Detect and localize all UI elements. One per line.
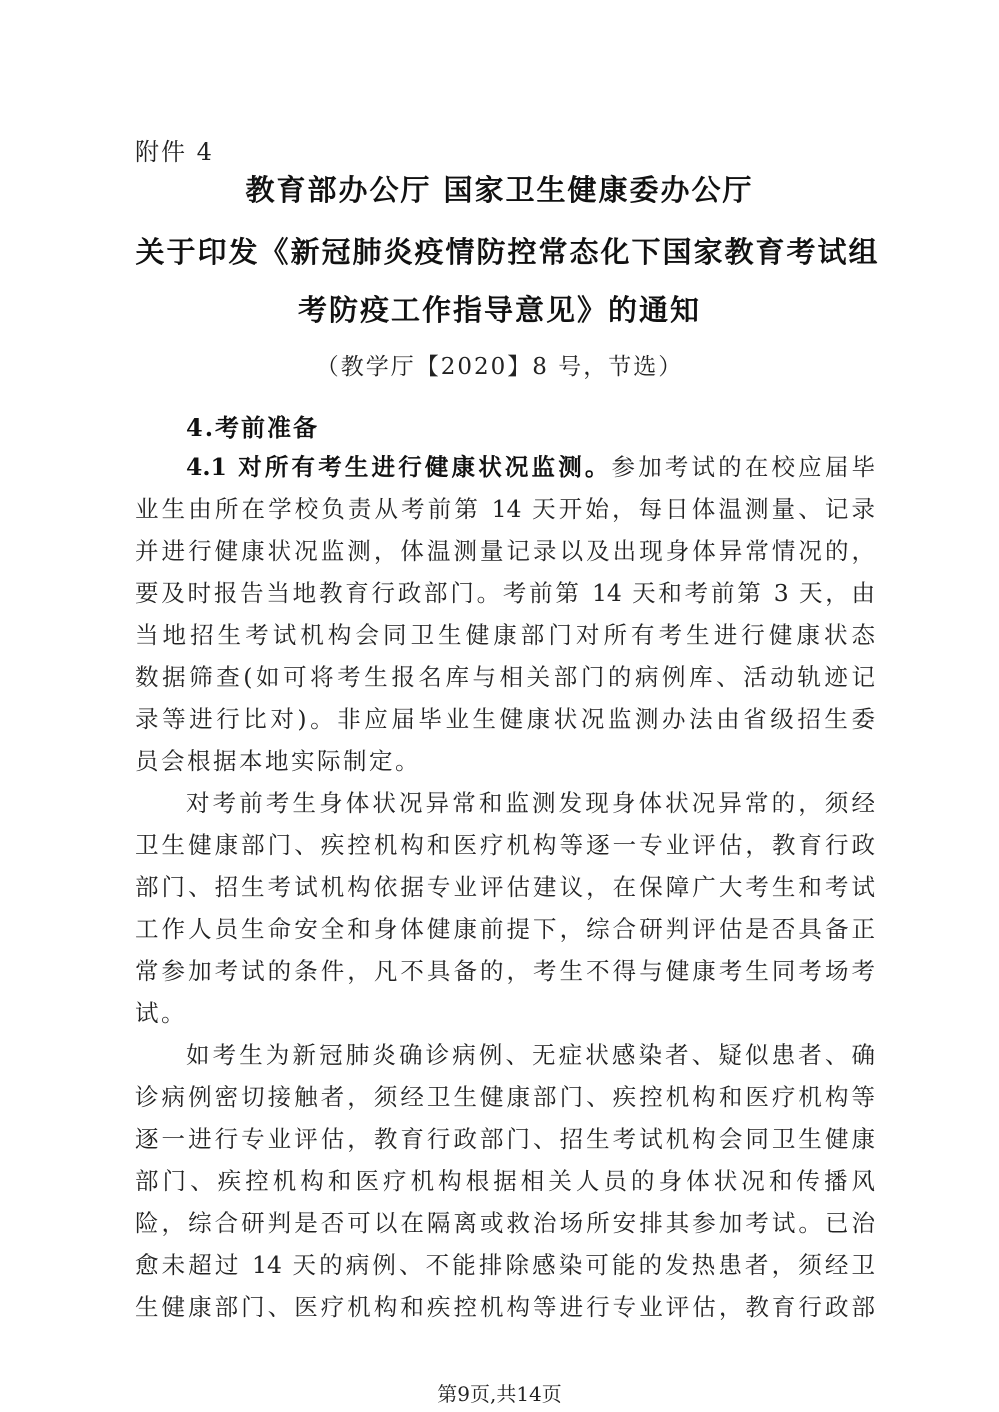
paragraph-3-line-2: 诊病例密切接触者，须经卫生健康部门、疾控机构和医疗机构等: [135, 1080, 875, 1114]
paragraph-1-line-1: 4.1 对所有考生进行健康状况监测。参加考试的在校应届毕: [186, 450, 875, 484]
paragraph-1-line-3: 并进行健康状况监测，体温测量记录以及出现身体异常情况的，: [135, 534, 875, 568]
paragraph-1-line-5: 当地招生考试机构会同卫生健康部门对所有考生进行健康状态: [135, 618, 875, 652]
paragraph-2-line-3: 部门、招生考试机构依据专业评估建议，在保障广大考生和考试: [135, 870, 875, 904]
document-title-line-1: 教育部办公厅 国家卫生健康委办公厅: [0, 168, 999, 209]
paragraph-3-line-4: 部门、疾控机构和医疗机构根据相关人员的身体状况和传播风: [135, 1164, 875, 1198]
page-number-footer: 第9页,共14页: [0, 1378, 999, 1407]
paragraph-1-line-6: 数据筛查(如可将考生报名库与相关部门的病例库、活动轨迹记: [135, 660, 875, 694]
attachment-label: 附件 4: [135, 132, 214, 167]
paragraph-3-line-6: 愈未超过 14 天的病例、不能排除感染可能的发热患者，须经卫: [135, 1248, 875, 1282]
paragraph-2-line-2: 卫生健康部门、疾控机构和医疗机构等逐一专业评估，教育行政: [135, 828, 875, 862]
paragraph-1-line-1-text: 参加考试的在校应届毕: [612, 453, 875, 481]
document-title-line-3: 考防疫工作指导意见》的通知: [0, 288, 999, 329]
paragraph-1-line-4: 要及时报告当地教育行政部门。考前第 14 天和考前第 3 天，由: [135, 576, 875, 610]
document-page: 附件 4 教育部办公厅 国家卫生健康委办公厅 关于印发《新冠肺炎疫情防控常态化下…: [0, 0, 999, 1412]
paragraph-3-line-7: 生健康部门、医疗机构和疾控机构等进行专业评估，教育行政部: [135, 1290, 875, 1324]
paragraph-2-line-6: 试。: [135, 996, 875, 1030]
paragraph-2-line-4: 工作人员生命安全和身体健康前提下，综合研判评估是否具备正: [135, 912, 875, 946]
paragraph-1-line-8: 员会根据本地实际制定。: [135, 744, 875, 778]
paragraph-1-line-2: 业生由所在学校负责从考前第 14 天开始，每日体温测量、记录: [135, 492, 875, 526]
paragraph-2-line-1: 对考前考生身体状况异常和监测发现身体状况异常的，须经: [186, 786, 875, 820]
document-reference-number: （教学厅【2020】8 号，节选）: [0, 348, 999, 381]
paragraph-1-lead-heading: 4.1 对所有考生进行健康状况监测。: [186, 453, 612, 481]
paragraph-3-line-3: 逐一进行专业评估，教育行政部门、招生考试机构会同卫生健康: [135, 1122, 875, 1156]
paragraph-3-line-1: 如考生为新冠肺炎确诊病例、无症状感染者、疑似患者、确: [186, 1038, 875, 1072]
section-heading: 4.考前准备: [186, 408, 319, 443]
paragraph-1-line-7: 录等进行比对)。非应届毕业生健康状况监测办法由省级招生委: [135, 702, 875, 736]
paragraph-2-line-5: 常参加考试的条件，凡不具备的，考生不得与健康考生同考场考: [135, 954, 875, 988]
paragraph-3-line-5: 险，综合研判是否可以在隔离或救治场所安排其参加考试。已治: [135, 1206, 875, 1240]
document-title-line-2: 关于印发《新冠肺炎疫情防控常态化下国家教育考试组: [8, 230, 999, 271]
